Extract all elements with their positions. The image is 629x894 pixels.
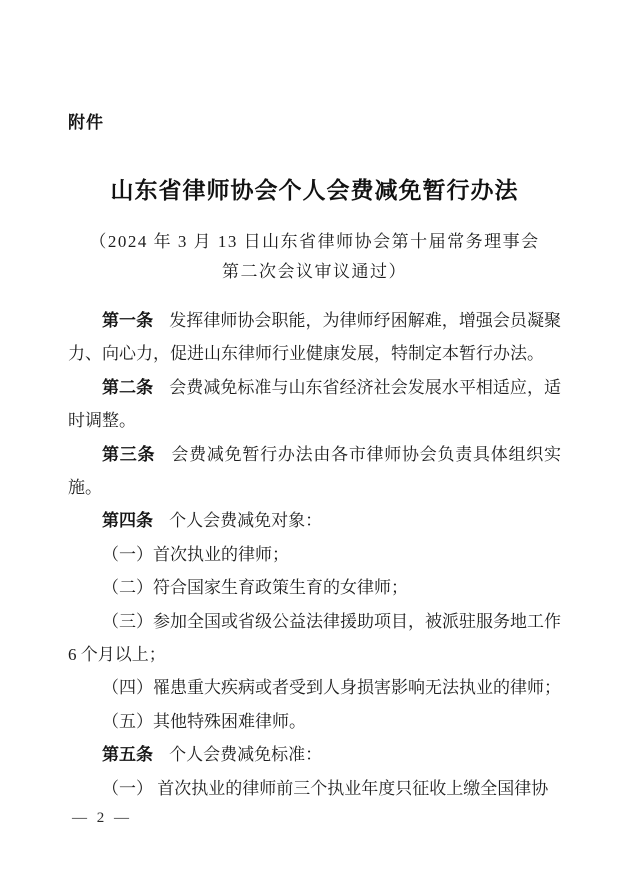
article-5-item-1: （一） 首次执业的律师前三个执业年度只征收上缴全国律协 [68,772,561,805]
article-4-paragraph: 第四条个人会费减免对象： [68,504,561,537]
document-body: 第一条发挥律师协会职能，为律师纾困解难，增强会员凝聚力、向心力，促进山东律师行业… [68,304,561,805]
article-5-text: 个人会费减免标准： [169,745,322,764]
article-5-paragraph: 第五条个人会费减免标准： [68,738,561,771]
article-4-item-4: （四）罹患重大疾病或者受到人身损害影响无法执业的律师； [68,671,561,704]
article-4-item-3: （三）参加全国或省级公益法律援助项目，被派驻服务地工作6 个月以上； [68,605,561,672]
article-5-label: 第五条 [102,745,153,764]
article-4-item-4-text: （四）罹患重大疾病或者受到人身损害影响无法执业的律师； [102,678,561,697]
attachment-label: 附件 [68,108,104,133]
article-1-label: 第一条 [102,311,153,330]
document-page: 附件 山东省律师协会个人会费减免暂行办法 （2024 年 3 月 13 日山东省… [0,0,629,894]
article-3-label: 第三条 [102,445,155,464]
article-4-item-2-text: （二）符合国家生育政策生育的女律师； [102,578,408,597]
article-3-paragraph: 第三条会费减免暂行办法由各市律师协会负责具体组织实施。 [68,438,561,505]
article-4-item-1: （一）首次执业的律师； [68,538,561,571]
article-4-text: 个人会费减免对象： [169,511,322,530]
document-subtitle-line2: 第二次会议审议通过） [0,257,629,282]
article-5-item-1-text: （一） 首次执业的律师前三个执业年度只征收上缴全国律协 [102,779,548,798]
article-2-label: 第二条 [102,378,153,397]
article-4-item-3-text: （三）参加全国或省级公益法律援助项目，被派驻服务地工作6 个月以上； [68,612,561,664]
article-4-label: 第四条 [102,511,153,530]
document-subtitle-line1: （2024 年 3 月 13 日山东省律师协会第十届常务理事会 [0,227,629,252]
article-2-paragraph: 第二条会费减免标准与山东省经济社会发展水平相适应，适时调整。 [68,371,561,438]
document-title: 山东省律师协会个人会费减免暂行办法 [0,172,629,205]
article-1-paragraph: 第一条发挥律师协会职能，为律师纾困解难，增强会员凝聚力、向心力，促进山东律师行业… [68,304,561,371]
article-4-item-1-text: （一）首次执业的律师； [102,545,289,564]
article-4-item-2: （二）符合国家生育政策生育的女律师； [68,571,561,604]
page-number: — 2 — [72,810,132,827]
article-4-item-5-text: （五）其他特殊困难律师。 [102,712,306,731]
article-4-item-5: （五）其他特殊困难律师。 [68,705,561,738]
